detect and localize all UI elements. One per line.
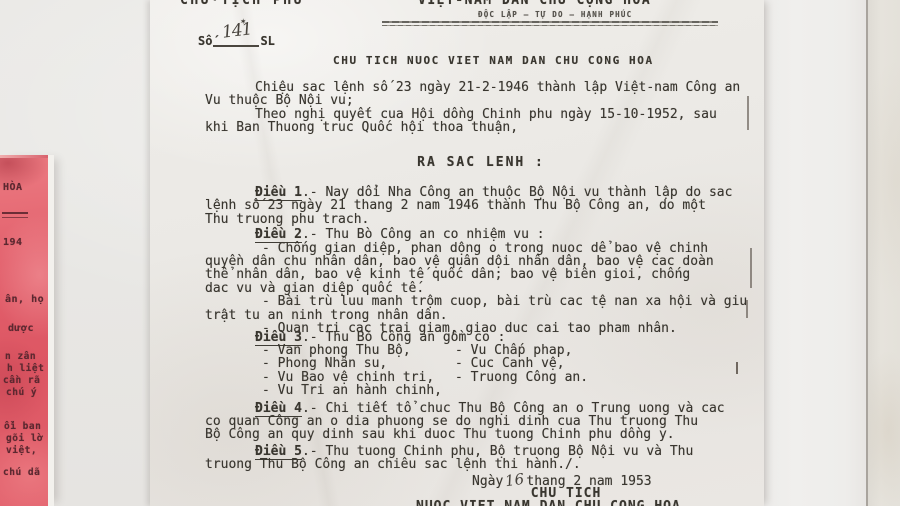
fragment-text: cần rã bbox=[3, 375, 40, 386]
doc-line: - Bài trù luu manh trộm cuop, bài trù ca… bbox=[205, 295, 757, 308]
doc-line: Thu truong phu trach. bbox=[205, 213, 757, 226]
national-motto: ĐỘC LẬP – TỰ DO – HẠNH PHÚC bbox=[478, 10, 632, 19]
org-item: - Vu Tri an hành chinh, bbox=[205, 384, 455, 397]
doc-line: lệnh số 23 ngày 21 thang 2 nam 1946 thàn… bbox=[205, 199, 757, 212]
handwritten-number: 141 bbox=[221, 19, 253, 42]
org-item: - Truong Công an. bbox=[455, 371, 588, 384]
document-body: Chiệu sac lệnh số 23 ngày 21-2-1946 thàn… bbox=[205, 81, 757, 472]
number-suffix: SL bbox=[260, 34, 274, 48]
org-item: - Vu Chấp phap, bbox=[455, 344, 572, 357]
org-list-row: - Phong Nhân su,- Cuc Canh vệ, bbox=[205, 357, 757, 370]
decree-document: CHỦ·TỊCH PHỦ VIỆT-NAM DÂN CHỦ CỘNG HÒA Đ… bbox=[150, 0, 764, 506]
fragment-text: chú ý bbox=[6, 387, 37, 398]
doc-line: thể nhân dân, bao vệ kinh tế quốc dân; b… bbox=[205, 268, 757, 281]
number-underline: ✶141 bbox=[213, 32, 259, 47]
document-number: Số✶141SL bbox=[198, 32, 275, 48]
org-item: - Van phong Thu Bộ, bbox=[205, 344, 455, 357]
article-heading-line: Điều 4.- Chi tiết tổ chuc Thu Bộ Công an… bbox=[205, 402, 757, 415]
org-list-row: - Van phong Thu Bộ,- Vu Chấp phap, bbox=[205, 344, 757, 357]
document-title: CHU TICH NUOC VIET NAM DAN CHU CONG HOA bbox=[333, 54, 654, 67]
fragment-text: việt, bbox=[6, 445, 37, 456]
underlying-sheet bbox=[763, 0, 868, 506]
decree-heading: RA SAC LENH : bbox=[205, 156, 757, 169]
number-label: Số bbox=[198, 34, 212, 48]
paper-tear-mark bbox=[750, 248, 752, 288]
paper-tear-mark bbox=[736, 362, 738, 374]
left-red-document-fragment: HÒA 194 ân, họ dược n zân h liệt cần rã … bbox=[0, 155, 54, 506]
fragment-text: gõi lờ bbox=[6, 433, 43, 444]
paper-tear-mark bbox=[746, 300, 748, 318]
paper-tear-mark bbox=[747, 96, 749, 130]
photo-stage: HÒA 194 ân, họ dược n zân h liệt cần rã … bbox=[0, 0, 900, 506]
fragment-text: 194 bbox=[3, 237, 23, 248]
org-list-row: - Vu Tri an hành chinh, bbox=[205, 384, 757, 397]
article-text: .- Thu Bò Công an co nhiệm vu : bbox=[302, 227, 545, 242]
doc-line: khi Ban Thuong truc Quốc hội thoa thuận, bbox=[205, 121, 757, 134]
national-heading: VIỆT-NAM DÂN CHỦ CỘNG HÒA bbox=[418, 0, 651, 8]
org-item: - Cuc Canh vệ, bbox=[455, 357, 565, 370]
org-list-row: - Vu Bao vệ chinh tri,- Truong Công an. bbox=[205, 371, 757, 384]
doc-line: truong Thu Bộ Công an chiêu sac lệnh thi… bbox=[205, 458, 757, 471]
fragment-text: HÒA bbox=[3, 182, 23, 193]
org-item: - Phong Nhân su, bbox=[205, 357, 455, 370]
doc-line: dac vu và gian diệp quốc tế. bbox=[205, 282, 757, 295]
org-item: - Vu Bao vệ chinh tri, bbox=[205, 371, 455, 384]
signer-subtitle: NUOC VIET NAM DAN CHU CONG HOA bbox=[416, 499, 681, 506]
article-heading-line: Điều 2.- Thu Bò Công an co nhiệm vu : bbox=[205, 228, 757, 241]
doc-line: trật tu an ninh trong nhân dân. bbox=[205, 309, 757, 322]
header-rule bbox=[382, 21, 718, 26]
fragment-text: ân, họ bbox=[5, 294, 44, 305]
doc-line: Bộ Công an quy dinh sau khi duoc Thu tuo… bbox=[205, 428, 757, 441]
fragment-text: h liệt bbox=[7, 363, 44, 374]
right-paper-edge bbox=[868, 0, 900, 506]
fragment-text: dược bbox=[8, 323, 34, 334]
article-heading-line: Điều 5.- Thu tuong Chinh phu, Bộ truong … bbox=[205, 445, 757, 458]
fragment-rule bbox=[2, 212, 28, 218]
doc-line: Vu thuộc Bộ Nội vu; bbox=[205, 94, 757, 107]
doc-line: Chiệu sac lệnh số 23 ngày 21-2-1946 thàn… bbox=[205, 81, 757, 94]
fragment-text: chú dã bbox=[3, 467, 40, 478]
fragment-text: n zân bbox=[5, 351, 36, 362]
fragment-text: ồi ban bbox=[4, 421, 41, 432]
issuing-office: CHỦ·TỊCH PHỦ bbox=[180, 0, 304, 8]
